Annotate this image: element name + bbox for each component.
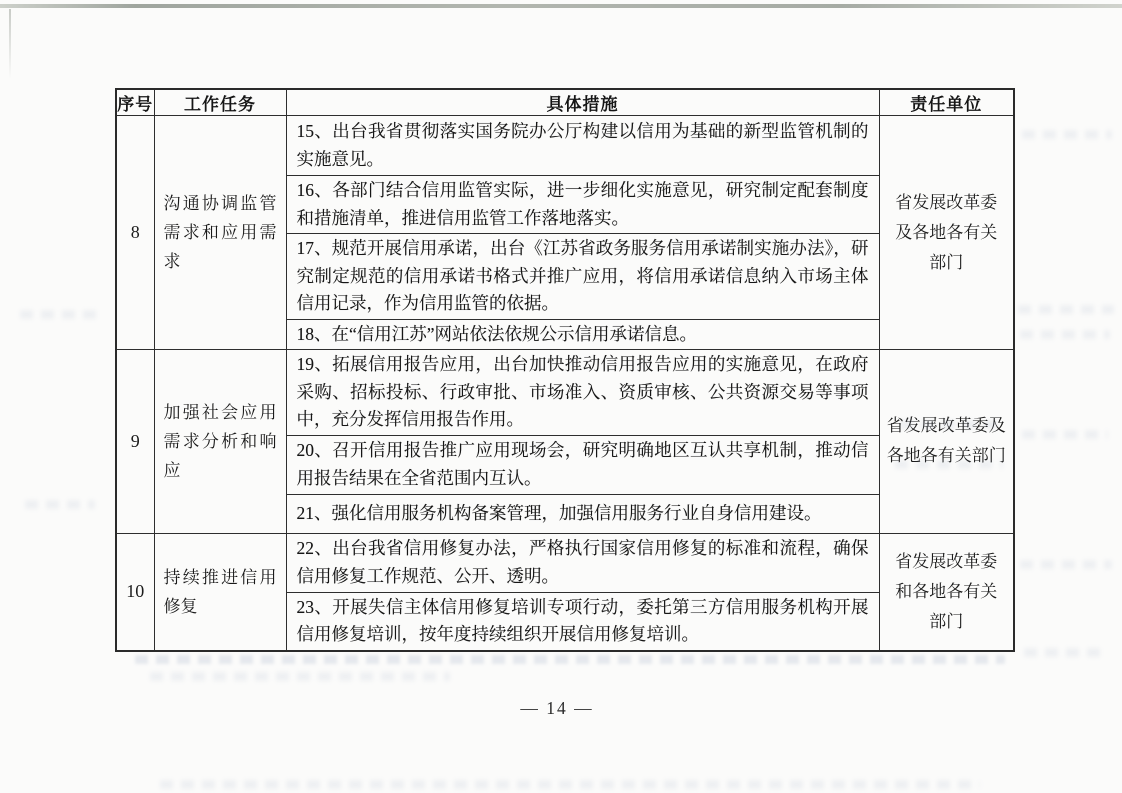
bleedthrough-artifact xyxy=(1024,648,1104,657)
column-header-task: 工作任务 xyxy=(154,89,286,116)
measure-cell-21: 21、强化信用服务机构备案管理，加强信用服务行业自身信用建设。 xyxy=(286,494,879,533)
task-cell-8: 沟通协调监管需求和应用需求 xyxy=(154,116,286,350)
unit-cell-9: 省发展改革委及各地各有关部门 xyxy=(879,350,1014,534)
scanned-document-page: 序号 工作任务 具体措施 责任单位 8 沟通协调监管需求和应用需求 15、出台我… xyxy=(0,0,1122,793)
column-header-measures: 具体措施 xyxy=(286,89,879,116)
unit-cell-8: 省发展改革委及各地各有关部门 xyxy=(879,116,1014,350)
task-text: 加强社会应用需求分析和响应 xyxy=(164,398,277,485)
bleedthrough-artifact xyxy=(1020,560,1112,569)
task-text: 沟通协调监管需求和应用需求 xyxy=(164,189,277,276)
work-measures-table: 序号 工作任务 具体措施 责任单位 8 沟通协调监管需求和应用需求 15、出台我… xyxy=(115,88,1015,652)
unit-text: 省发展改革委和各地各有关部门 xyxy=(893,547,999,637)
bleedthrough-artifact xyxy=(1022,130,1112,139)
bleedthrough-artifact xyxy=(1022,430,1108,439)
measure-cell-19: 19、拓展信用报告应用，出台加快推动信用报告应用的实施意见，在政府采购、招标投标… xyxy=(286,350,879,436)
bleedthrough-artifact xyxy=(150,672,450,681)
measure-cell-18: 18、在“信用江苏”网站依法依规公示信用承诺信息。 xyxy=(286,319,879,350)
table-row: 10 持续推进信用修复 22、出台我省信用修复办法，严格执行国家信用修复的标准和… xyxy=(116,533,1014,592)
bleedthrough-artifact xyxy=(135,655,1005,664)
scan-left-edge-artifact xyxy=(9,9,11,79)
task-cell-9: 加强社会应用需求分析和响应 xyxy=(154,350,286,534)
task-text: 持续推进信用修复 xyxy=(164,563,277,621)
bleedthrough-artifact xyxy=(160,780,980,789)
table-row: 9 加强社会应用需求分析和响应 19、拓展信用报告应用，出台加快推动信用报告应用… xyxy=(116,350,1014,436)
column-header-serial: 序号 xyxy=(116,89,154,116)
bleedthrough-artifact xyxy=(1018,305,1114,314)
table-header-row: 序号 工作任务 具体措施 责任单位 xyxy=(116,89,1014,116)
measure-cell-23: 23、开展失信主体信用修复培训专项行动，委托第三方信用服务机构开展信用修复培训，… xyxy=(286,592,879,651)
bleedthrough-artifact xyxy=(25,500,95,509)
serial-cell-10: 10 xyxy=(116,533,154,651)
bleedthrough-artifact xyxy=(20,310,100,319)
measure-cell-15: 15、出台我省贯彻落实国务院办公厅构建以信用为基础的新型监管机制的实施意见。 xyxy=(286,116,879,176)
measure-cell-17: 17、规范开展信用承诺，出台《江苏省政务服务信用承诺制实施办法》，研究制定规范的… xyxy=(286,234,879,320)
unit-cell-10: 省发展改革委和各地各有关部门 xyxy=(879,533,1014,651)
column-header-unit: 责任单位 xyxy=(879,89,1014,116)
measure-cell-22: 22、出台我省信用修复办法，严格执行国家信用修复的标准和流程，确保信用修复工作规… xyxy=(286,533,879,592)
unit-text: 省发展改革委及各地各有关部门 xyxy=(893,188,999,278)
bleedthrough-artifact xyxy=(1020,330,1110,339)
table-row: 8 沟通协调监管需求和应用需求 15、出台我省贯彻落实国务院办公厅构建以信用为基… xyxy=(116,116,1014,176)
measure-cell-20: 20、召开信用报告推广应用现场会，研究明确地区互认共享机制，推动信用报告结果在全… xyxy=(286,435,879,494)
unit-text: 省发展改革委及各地各有关部门 xyxy=(885,411,1008,471)
serial-cell-8: 8 xyxy=(116,116,154,350)
serial-cell-9: 9 xyxy=(116,350,154,534)
task-cell-10: 持续推进信用修复 xyxy=(154,533,286,651)
measure-cell-16: 16、各部门结合信用监管实际，进一步细化实施意见，研究制定配套制度和措施清单，推… xyxy=(286,176,879,234)
page-number: — 14 — xyxy=(0,698,1114,719)
scan-top-edge-artifact xyxy=(0,4,1122,8)
